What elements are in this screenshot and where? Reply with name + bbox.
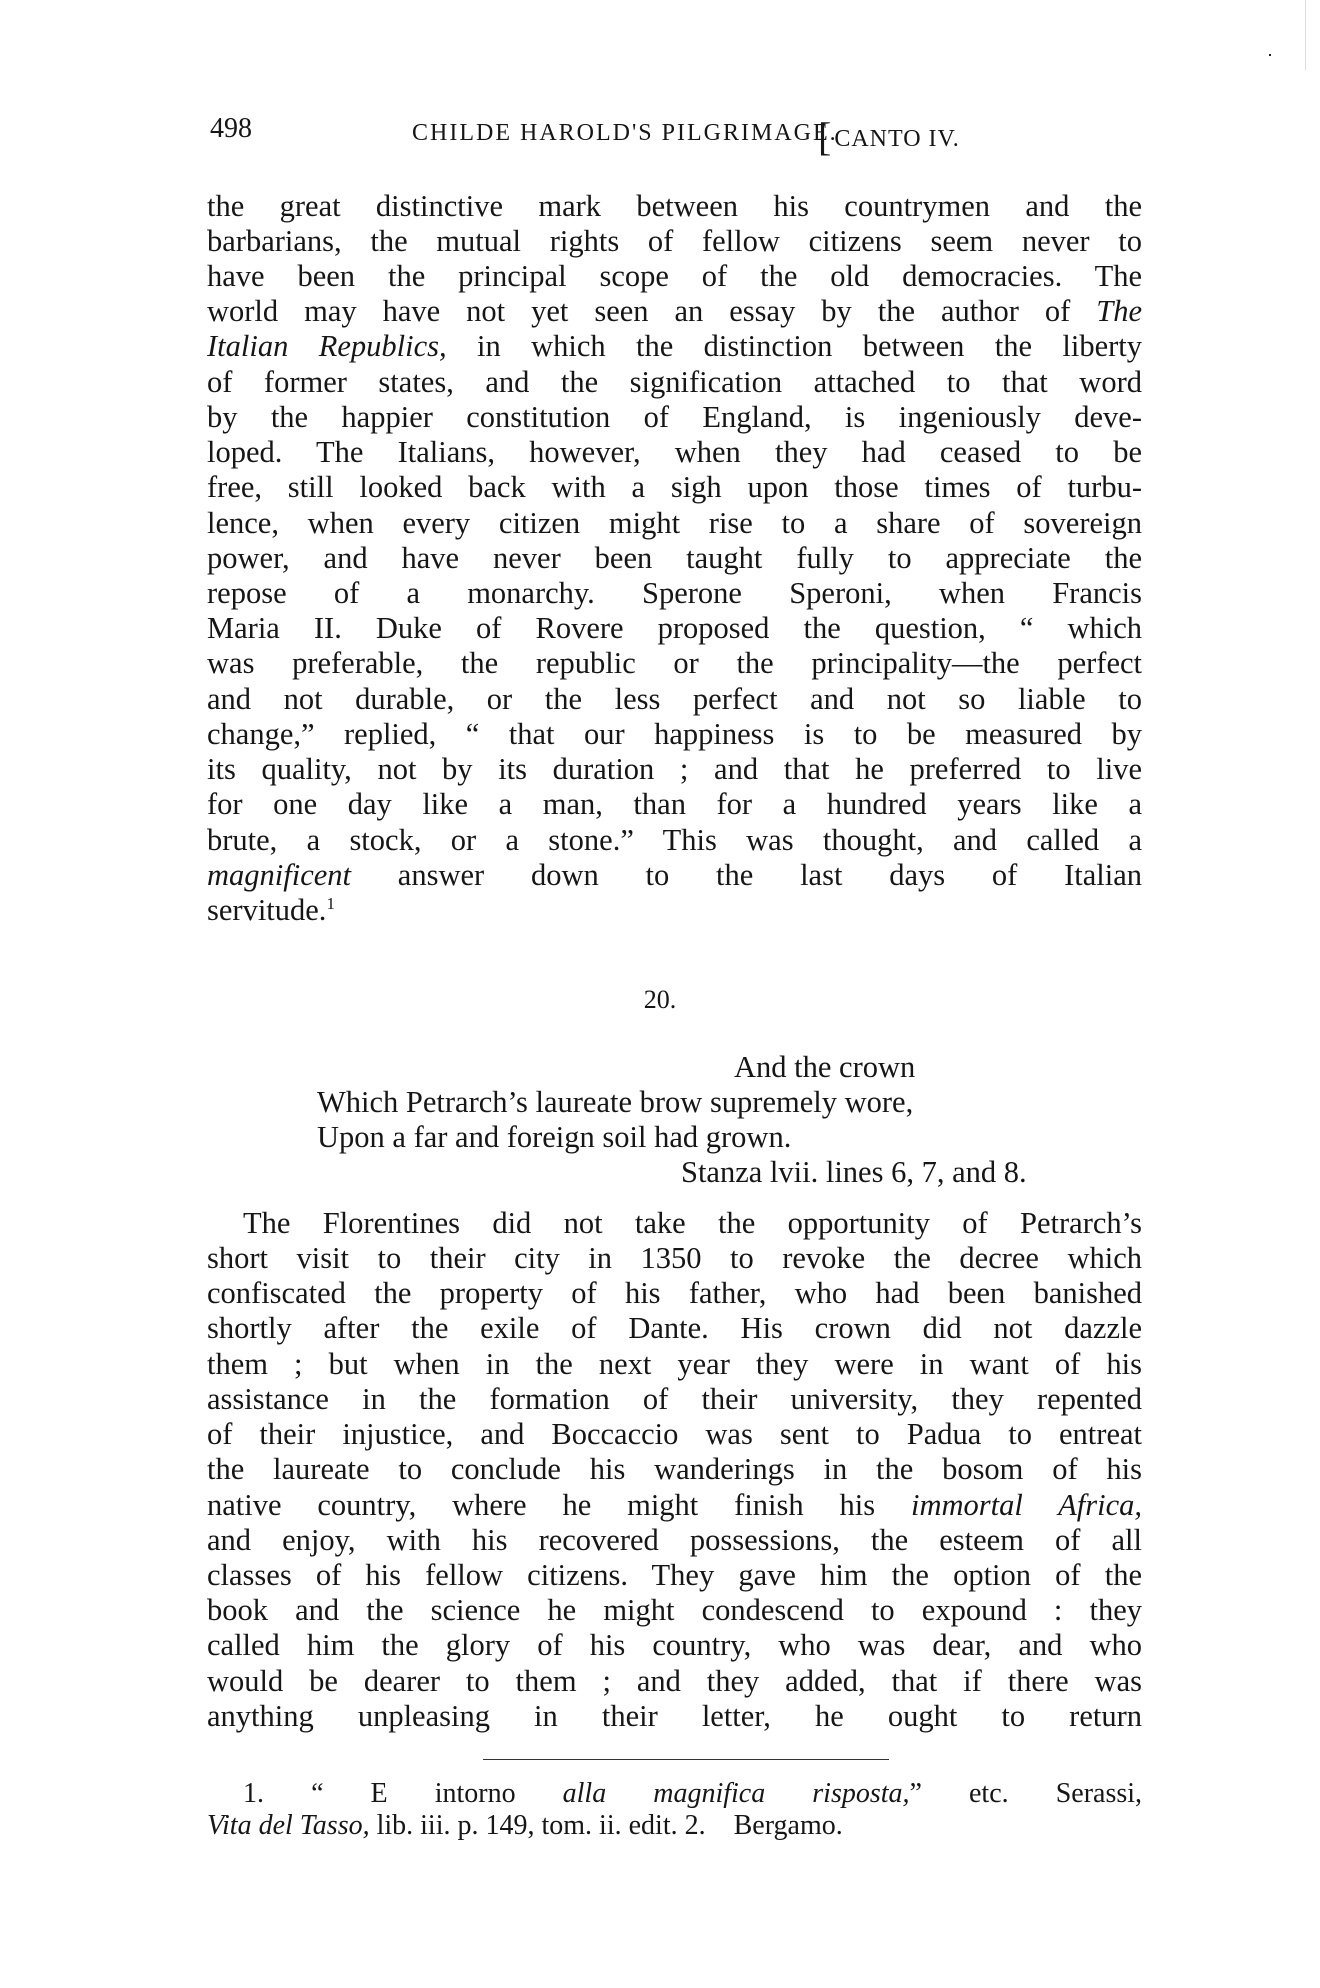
italic-word: magnificent	[207, 858, 351, 892]
text-line: anything unpleasing in their letter, he …	[207, 1699, 1142, 1734]
footnote-reference[interactable]: 1	[326, 894, 335, 913]
text-line: The Florentines did not take the opportu…	[243, 1206, 1142, 1241]
text-line: assistance in the formation of their uni…	[207, 1382, 1142, 1417]
scan-speck	[1269, 54, 1271, 56]
text-line: confiscated the property of his father, …	[207, 1276, 1142, 1311]
text-line: by the happier constitution of England, …	[207, 400, 1142, 435]
verse-line: Upon a far and foreign soil had grown.	[317, 1120, 791, 1155]
canto-bracket: [	[818, 114, 832, 159]
text-line: and enjoy, with his recovered possession…	[207, 1523, 1142, 1558]
text-segment: native country, where he might finish hi…	[207, 1488, 875, 1522]
text-line: brute, a stock, or a stone.” This was th…	[207, 823, 1142, 858]
text-line: Italian Republics, in which the distinct…	[207, 329, 1142, 364]
canto-label: [CANTO IV.	[818, 116, 960, 156]
footnote-number: 1.	[243, 1778, 264, 1809]
text-line: for one day like a man, than for a hundr…	[207, 787, 1142, 822]
footnote-book-title: Vita del Tasso,	[207, 1810, 370, 1841]
text-line: lence, when every citizen might rise to …	[207, 506, 1142, 541]
text-segment: answer down to the last days of Italian	[398, 858, 1142, 892]
text-line: its quality, not by its duration ; and t…	[207, 752, 1142, 787]
text-line: Maria II. Duke of Rovere proposed the qu…	[207, 611, 1142, 646]
footnote-line: 1. “ E intorno alla magnifica risposta,”…	[243, 1778, 1142, 1810]
italic-title: immortal Africa,	[911, 1488, 1142, 1522]
text-segment: world may have not yet seen an essay by …	[207, 294, 1070, 328]
verse-reference: Stanza lvii. lines 6, 7, and 8.	[681, 1155, 1027, 1190]
footnote-etc: ” etc.	[910, 1778, 1009, 1809]
text-line: short visit to their city in 1350 to rev…	[207, 1241, 1142, 1276]
text-line: classes of his fellow citizens. They gav…	[207, 1558, 1142, 1593]
text-line: barbarians, the mutual rights of fellow …	[207, 224, 1142, 259]
page-number: 498	[210, 112, 252, 146]
running-title: CHILDE HAROLD'S PILGRIMAGE.	[412, 116, 838, 150]
text-line: world may have not yet seen an essay by …	[207, 294, 1142, 329]
text-line: them ; but when in the next year they we…	[207, 1347, 1142, 1382]
book-page: 498 CHILDE HAROLD'S PILGRIMAGE. [CANTO I…	[0, 0, 1320, 1988]
verse-line: Which Petrarch’s laureate brow supremely…	[317, 1085, 913, 1120]
text-line: was preferable, the republic or the prin…	[207, 646, 1142, 681]
text-line: change,” replied, “ that our happiness i…	[207, 717, 1142, 752]
footnote-italic-phrase: alla magnifica risposta,	[563, 1778, 910, 1809]
text-segment: servitude.	[207, 893, 326, 927]
text-line: have been the principal scope of the old…	[207, 259, 1142, 294]
text-line: would be dearer to them ; and they added…	[207, 1664, 1142, 1699]
scan-edge-line	[1305, 0, 1306, 70]
footnote-place: Bergamo.	[734, 1810, 843, 1841]
section-number: 20.	[0, 985, 1320, 1015]
text-line: book and the science he might condescend…	[207, 1593, 1142, 1628]
footnote-quote-open: “ E intorno	[311, 1778, 516, 1809]
text-line: power, and have never been taught fully …	[207, 541, 1142, 576]
text-line: native country, where he might finish hi…	[207, 1488, 1142, 1523]
text-line: loped. The Italians, however, when they …	[207, 435, 1142, 470]
italic-title: Italian Republics,	[207, 329, 447, 363]
footnote-citation: lib. iii. p. 149, tom. ii. edit. 2.	[377, 1810, 706, 1841]
text-line: magnificent answer down to the last days…	[207, 858, 1142, 893]
verse-line: And the crown	[734, 1050, 915, 1085]
text-line: called him the glory of his country, who…	[207, 1628, 1142, 1663]
text-line: servitude.1	[207, 893, 1142, 928]
text-line: the laureate to conclude his wanderings …	[207, 1452, 1142, 1487]
text-segment: in which the distinction between the lib…	[477, 329, 1142, 363]
text-line: the great distinctive mark between his c…	[207, 189, 1142, 224]
footnote-rule	[483, 1759, 889, 1760]
text-line: and not durable, or the less perfect and…	[207, 682, 1142, 717]
text-line: repose of a monarchy. Sperone Speroni, w…	[207, 576, 1142, 611]
footnote-line: Vita del Tasso, lib. iii. p. 149, tom. i…	[207, 1810, 1142, 1842]
footnote-author: Serassi,	[1056, 1778, 1142, 1809]
canto-text: CANTO IV.	[834, 126, 959, 152]
italic-title-start: The	[1096, 294, 1142, 328]
text-line: free, still looked back with a sigh upon…	[207, 470, 1142, 505]
text-line: of their injustice, and Boccaccio was se…	[207, 1417, 1142, 1452]
text-line: shortly after the exile of Dante. His cr…	[207, 1311, 1142, 1346]
text-line: of former states, and the signification …	[207, 365, 1142, 400]
